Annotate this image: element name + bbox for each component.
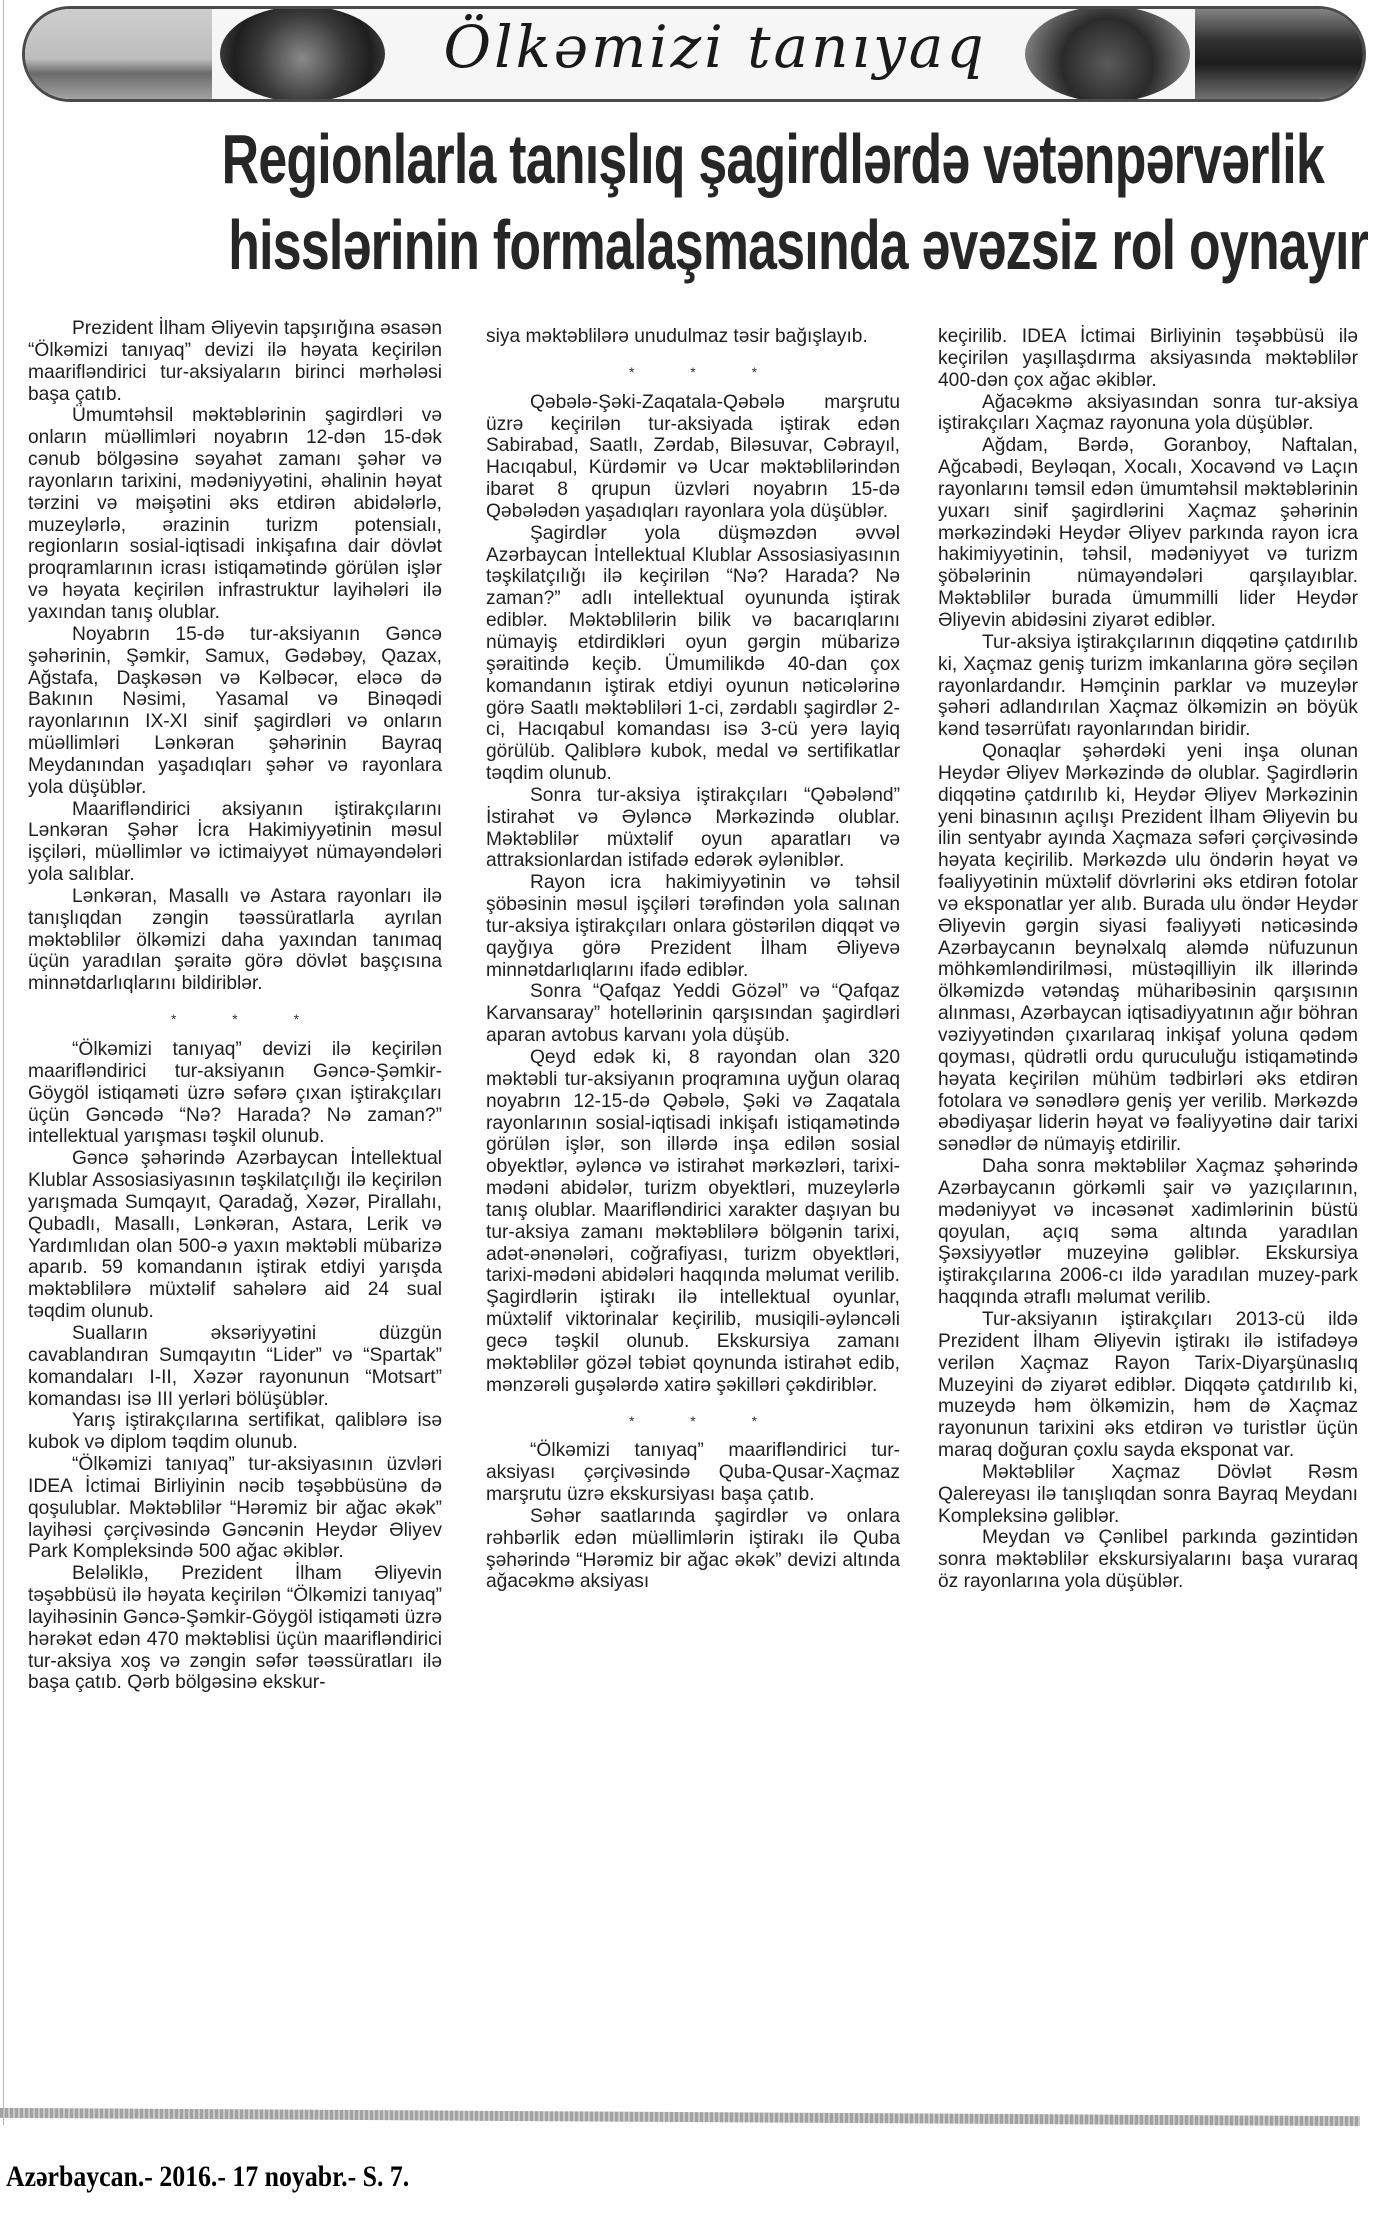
- article-paragraph: Meydan və Çənlibel parkında gəzintidən s…: [938, 1527, 1358, 1593]
- article-paragraph: Maarifləndirici aksiyanın iştirakçıların…: [28, 799, 442, 886]
- section-separator: * * *: [486, 348, 900, 392]
- headline-line-1: Regionlarla tanışlıq şagirdlərdə vətənpə…: [28, 118, 1358, 200]
- headline-line-2: hisslərinin formalaşmasında əvəzsiz rol …: [28, 204, 1358, 286]
- article-paragraph: Sualların əksəriyyətini düzgün cavabland…: [28, 1323, 442, 1410]
- article-paragraph: Ağdam, Bərdə, Goranboy, Naftalan, Ağcabə…: [938, 435, 1358, 632]
- source-citation: Azərbaycan.- 2016.- 17 noyabr.- S. 7.: [6, 2160, 409, 2194]
- article-paragraph: Tur-aksiya iştirakçılarının diqqətinə ça…: [938, 632, 1358, 741]
- page-edge-rule: [3, 0, 4, 2125]
- article-paragraph: Yarış iştirakçılarına sertifikat, qalibl…: [28, 1410, 442, 1454]
- banner-photo-right: [1195, 6, 1366, 102]
- section-banner: Ölkəmizi tanıyaq: [22, 6, 1366, 102]
- article-paragraph: keçirilib. IDEA İctimai Birliyinin təşəb…: [938, 326, 1358, 392]
- headline-text-2: hisslərinin formalaşmasında əvəzsiz rol …: [228, 204, 1368, 286]
- article-column-1: Prezident İlham Əliyevin tapşırığına əsa…: [28, 318, 442, 1694]
- article-paragraph: Qəbələ-Şəki-Zaqatala-Qəbələ marşrutu üzr…: [486, 392, 900, 523]
- article-column-2: siya məktəblilərə unudulmaz təsir bağışl…: [486, 326, 900, 1593]
- banner-photo-left: [22, 6, 212, 102]
- article-column-3: keçirilib. IDEA İctimai Birliyinin təşəb…: [938, 326, 1358, 1593]
- banner-photo-center-right: [1025, 6, 1190, 102]
- article-paragraph: Ağacəkmə aksiyasından sonra tur-aksiya i…: [938, 392, 1358, 436]
- article-paragraph: Rayon icra hakimiyyətinin və təhsil şöbə…: [486, 872, 900, 981]
- banner-photo-center-left: [220, 6, 385, 102]
- article-paragraph: Daha sonra məktəblilər Xaçmaz şəhərində …: [938, 1156, 1358, 1309]
- article-paragraph: Qeyd edək ki, 8 rayondan olan 320 məktəb…: [486, 1047, 900, 1397]
- article-paragraph: Gəncə şəhərində Azərbaycan İntellektual …: [28, 1148, 442, 1323]
- article-paragraph: Tur-aksiyanın iştirakçıları 2013-cü ildə…: [938, 1309, 1358, 1462]
- section-separator: * * *: [486, 1397, 900, 1441]
- article-paragraph: Noyabrın 15-də tur-aksiyanın Gəncə şəhər…: [28, 624, 442, 799]
- article-paragraph: Qonaqlar şəhərdəki yeni inşa olunan Heyd…: [938, 741, 1358, 1156]
- article-paragraph: “Ölkəmizi tanıyaq” maarifləndirici tur-a…: [486, 1440, 900, 1506]
- article-paragraph: Sonra “Qafqaz Yeddi Gözəl” və “Qafqaz Ka…: [486, 981, 900, 1047]
- article-paragraph: Beləliklə, Prezident İlham Əliyevin təşə…: [28, 1563, 442, 1694]
- article-paragraph: Məktəblilər Xaçmaz Dövlət Rəsm Qalereyas…: [938, 1462, 1358, 1528]
- headline-text-1: Regionlarla tanışlıq şagirdlərdə vətənpə…: [222, 118, 1324, 200]
- article-paragraph: Lənkəran, Masallı və Astara rayonları il…: [28, 886, 442, 995]
- article-paragraph: siya məktəblilərə unudulmaz təsir bağışl…: [486, 326, 900, 348]
- section-separator: * * *: [28, 995, 442, 1039]
- section-title: Ölkəmizi tanıyaq: [405, 13, 1025, 81]
- article-paragraph: “Ölkəmizi tanıyaq” devizi ilə keçirilən …: [28, 1039, 442, 1148]
- article-paragraph: Prezident İlham Əliyevin tapşırığına əsa…: [28, 318, 442, 405]
- article-paragraph: “Ölkəmizi tanıyaq” tur-aksiyasının üzvlə…: [28, 1454, 442, 1563]
- bottom-rule: [0, 2108, 1360, 2126]
- article-paragraph: Şagirdlər yola düşməzdən əvvəl Azərbayca…: [486, 523, 900, 785]
- article-paragraph: Ümumtəhsil məktəblərinin şagirdləri və o…: [28, 405, 442, 623]
- article-paragraph: Sonra tur-aksiya iştirakçıları “Qəbələnd…: [486, 785, 900, 872]
- article-paragraph: Səhər saatlarında şagirdlər və onlara rə…: [486, 1506, 900, 1593]
